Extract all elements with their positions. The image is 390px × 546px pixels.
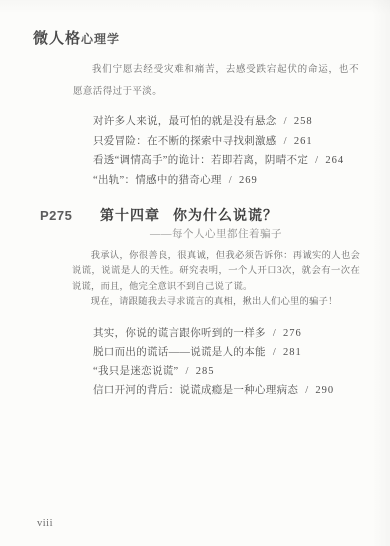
- toc-item-title: 信口开河的背后：说谎成瘾是一种心理病态: [93, 385, 298, 396]
- toc-item: 其实，你说的谎言跟你听到的一样多/276: [93, 324, 373, 343]
- chapter-intro-paragraph-2: 现在，请跟随我去寻求谎言的真相，揪出人们心里的骗子！: [72, 295, 360, 310]
- chapter-subtitle: ——每个人心里都住着骗子: [150, 226, 282, 241]
- toc-separator: /: [305, 385, 308, 396]
- page-number-footer: viii: [37, 518, 53, 529]
- running-head-book-title: 微人格心理学: [33, 27, 120, 48]
- toc-separator: /: [315, 155, 318, 166]
- epigraph-quote: 我们宁愿去经受灾难和痛苦，去感受跌宕起伏的命运，也不愿意活得过于平淡。: [73, 59, 359, 103]
- chapter-number: 第十四章: [100, 207, 160, 223]
- toc-item: 脱口而出的谎话——说谎是人的本能/281: [93, 343, 373, 362]
- toc-item-title: 对许多人来说，最可怕的就是没有悬念: [93, 116, 277, 127]
- toc-item-title: 看透“调情高手”的诡计：若即若离，阴晴不定: [93, 155, 308, 166]
- toc-item: 信口开河的背后：说谎成瘾是一种心理病态/290: [93, 381, 373, 400]
- chapter-title: 你为什么说谎？: [173, 207, 278, 223]
- chapter-intro-paragraph-1: 我承认，你很善良，很真诚，但我必须告诉你：再诚实的人也会说谎，说谎是人的天性。研…: [72, 249, 360, 295]
- toc-item-page: 264: [325, 155, 344, 166]
- toc-separator: /: [273, 328, 276, 339]
- chapter-page-label: P275: [40, 208, 100, 223]
- toc-item-title: 其实，你说的谎言跟你听到的一样多: [93, 328, 266, 339]
- toc-item-title: 脱口而出的谎话——说谎是人的本能: [93, 347, 266, 358]
- toc-item-page: 276: [283, 328, 302, 339]
- toc-item-title: “我只是迷恋说谎”: [93, 366, 179, 377]
- toc-item-title: 只爱冒险：在不断的探索中寻找刺激感: [93, 136, 277, 147]
- toc-separator: /: [229, 175, 232, 186]
- toc-separator: /: [284, 136, 287, 147]
- toc-item: 对许多人来说，最可怕的就是没有悬念/258: [93, 112, 373, 132]
- toc-item: “出轨”：情感中的猎奇心理/269: [93, 171, 373, 191]
- toc-item-page: 290: [315, 385, 334, 396]
- chapter-intro: 我承认，你很善良，很真诚，但我必须告诉你：再诚实的人也会说谎，说谎是人的天性。研…: [72, 249, 360, 310]
- toc-item: 只爱冒险：在不断的探索中寻找刺激感/261: [93, 132, 373, 152]
- chapter-heading: P275第十四章你为什么说谎？: [40, 205, 278, 225]
- toc-list-before-chapter: 对许多人来说，最可怕的就是没有悬念/258 只爱冒险：在不断的探索中寻找刺激感/…: [93, 112, 373, 190]
- toc-item-page: 285: [196, 366, 215, 377]
- toc-item-page: 258: [294, 116, 313, 127]
- toc-separator: /: [284, 116, 287, 127]
- toc-item-page: 281: [283, 347, 302, 358]
- book-title-main: 微人格: [33, 30, 81, 47]
- toc-item: 看透“调情高手”的诡计：若即若离，阴晴不定/264: [93, 151, 373, 171]
- toc-list-after-chapter: 其实，你说的谎言跟你听到的一样多/276 脱口而出的谎话——说谎是人的本能/28…: [93, 324, 373, 400]
- toc-item-title: “出轨”：情感中的猎奇心理: [93, 175, 222, 186]
- toc-separator: /: [186, 366, 189, 377]
- toc-item-page: 261: [294, 136, 313, 147]
- book-title-sub: 心理学: [81, 32, 120, 46]
- toc-item-page: 269: [239, 175, 258, 186]
- toc-separator: /: [273, 347, 276, 358]
- toc-item: “我只是迷恋说谎”/285: [93, 362, 373, 381]
